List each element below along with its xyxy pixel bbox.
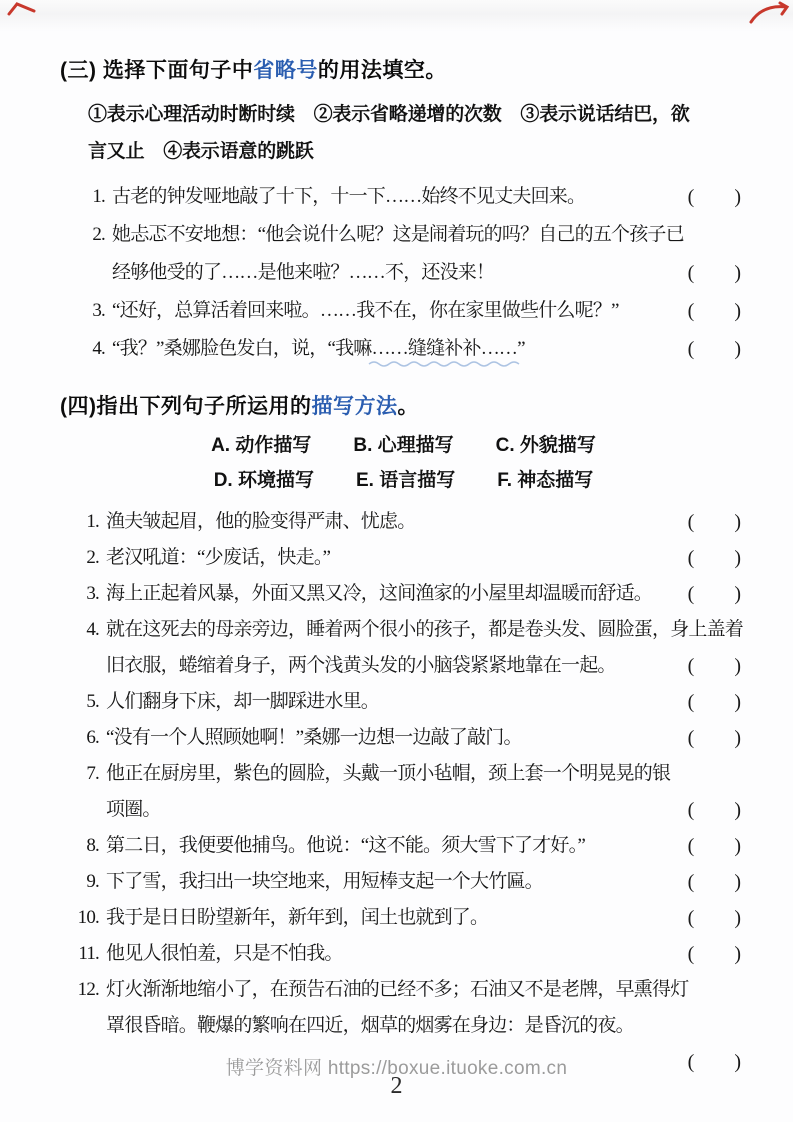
- item-number: 6.: [60, 720, 106, 756]
- item-number: 4.: [60, 330, 112, 368]
- answer-bracket: ( ): [688, 292, 741, 330]
- answer-bracket: ( ): [688, 576, 741, 612]
- red-corner-mark-right: [747, 0, 791, 28]
- option-b: B. 心理描写: [353, 428, 453, 463]
- question-item: 3. “还好，总算活着回来啦。……我不在，你在家里做些什么呢？” ( ): [60, 292, 747, 330]
- answer-bracket: ( ): [688, 864, 741, 900]
- answer-bracket: ( ): [688, 504, 741, 540]
- option-d: D. 环境描写: [214, 463, 314, 498]
- question-item: 2. 老汉吼道：“少废话，快走。” ( ): [60, 540, 747, 576]
- item-number: 3.: [60, 292, 112, 330]
- answer-bracket: ( ): [688, 936, 741, 972]
- section-4-title-prefix: (四)指出下列句子所运用的: [60, 395, 312, 418]
- item-text: 灯火渐渐地缩小了，在预告石油的已经不多；石油又不是老牌，早熏得灯 罩很昏暗。鞭爆…: [106, 972, 747, 1044]
- question-item: 12. 灯火渐渐地缩小了，在预告石油的已经不多；石油又不是老牌，早熏得灯 罩很昏…: [60, 972, 747, 1044]
- item-number: 10.: [60, 900, 106, 936]
- page-footer: 博学资料网 https://boxue.ituoke.com.cn 2: [0, 1053, 793, 1100]
- option-e: E. 语言描写: [356, 463, 455, 498]
- item-text: 他见人很怕羞，只是不怕我。: [106, 936, 747, 972]
- item-number: 11.: [60, 936, 106, 972]
- section-3-title-prefix: (三) 选择下面句子中: [60, 59, 253, 82]
- section-3-items: 1. 古老的钟发哑地敲了十下，十一下……始终不见丈夫回来。 ( ) 2. 她忐忑…: [60, 178, 747, 368]
- answer-bracket: ( ): [688, 648, 741, 684]
- item-text: 她忐忑不安地想：“他会说什么呢？这是闹着玩的吗？自己的五个孩子已 经够他受的了……: [112, 216, 747, 292]
- section-4-title-suffix: 。: [398, 395, 420, 418]
- item-text: 渔夫皱起眉，他的脸变得严肃、忧虑。: [106, 504, 747, 540]
- section-4-items: 1. 渔夫皱起眉，他的脸变得严肃、忧虑。 ( ) 2. 老汉吼道：“少废话，快走…: [60, 504, 747, 1080]
- item-number: 2.: [60, 216, 112, 292]
- answer-bracket: ( ): [688, 828, 741, 864]
- item-text: 我于是日日盼望新年，新年到，闰土也就到了。: [106, 900, 747, 936]
- item-number: 7.: [60, 756, 106, 828]
- answer-bracket: ( ): [688, 900, 741, 936]
- question-item: 1. 古老的钟发哑地敲了十下，十一下……始终不见丈夫回来。 ( ): [60, 178, 747, 216]
- option-c: C. 外貌描写: [496, 428, 596, 463]
- question-item: 6. “没有一个人照顾她啊！”桑娜一边想一边敲了敲门。 ( ): [60, 720, 747, 756]
- option-row: D. 环境描写 E. 语言描写 F. 神态描写: [214, 463, 594, 498]
- item-text: 他正在厨房里，紫色的圆脸，头戴一顶小毡帽，颈上套一个明晃晃的银 项圈。: [106, 756, 747, 828]
- item-number: 1.: [60, 178, 112, 216]
- section-4-title: (四)指出下列句子所运用的描写方法。: [60, 388, 747, 426]
- answer-bracket: ( ): [688, 684, 741, 720]
- item-text: “还好，总算活着回来啦。……我不在，你在家里做些什么呢？”: [112, 292, 747, 330]
- question-item: 3. 海上正起着风暴，外面又黑又冷，这间渔家的小屋里却温暖而舒适。 ( ): [60, 576, 747, 612]
- item-number: 5.: [60, 684, 106, 720]
- page-number: 2: [0, 1073, 793, 1100]
- question-item: 7. 他正在厨房里，紫色的圆脸，头戴一顶小毡帽，颈上套一个明晃晃的银 项圈。 (…: [60, 756, 747, 828]
- question-item: 4. 就在这死去的母亲旁边，睡着两个很小的孩子，都是卷头发、圆脸蛋，身上盖着 旧…: [60, 612, 747, 684]
- section-3-title-suffix: 的用法填空。: [318, 59, 447, 82]
- item-text: 第二日，我便要他捕鸟。他说：“这不能。须大雪下了才好。”: [106, 828, 747, 864]
- item-number: 4.: [60, 612, 106, 684]
- section-4-option-list: A. 动作描写 B. 心理描写 C. 外貌描写 D. 环境描写 E. 语言描写 …: [60, 428, 747, 498]
- blue-wavy-underline-decoration: [368, 359, 526, 367]
- option-a: A. 动作描写: [211, 428, 311, 463]
- worksheet-content: (三) 选择下面句子中省略号的用法填空。 ①表示心理活动时断时续 ②表示省略递增…: [60, 52, 747, 1080]
- item-number: 9.: [60, 864, 106, 900]
- item-number: 1.: [60, 504, 106, 540]
- item-number: 12.: [60, 972, 106, 1044]
- answer-bracket: ( ): [688, 792, 741, 828]
- section-4-title-highlight: 描写方法: [312, 395, 398, 418]
- section-3-option-list: ①表示心理活动时断时续 ②表示省略递增的次数 ③表示说话结巴，欲 言又止 ④表示…: [88, 96, 747, 170]
- item-text: 古老的钟发哑地敲了十下，十一下……始终不见丈夫回来。: [112, 178, 747, 216]
- item-number: 8.: [60, 828, 106, 864]
- answer-bracket: ( ): [688, 720, 741, 756]
- question-item: 9. 下了雪，我扫出一块空地来，用短棒支起一个大竹匾。 ( ): [60, 864, 747, 900]
- item-text: 人们翻身下床，却一脚踩进水里。: [106, 684, 747, 720]
- answer-bracket: ( ): [688, 254, 741, 292]
- option-row: A. 动作描写 B. 心理描写 C. 外貌描写: [211, 428, 596, 463]
- answer-bracket: ( ): [688, 330, 741, 368]
- section-3-title-highlight: 省略号: [253, 59, 318, 82]
- answer-bracket: ( ): [688, 540, 741, 576]
- option-f: F. 神态描写: [497, 463, 593, 498]
- section-description-methods: (四)指出下列句子所运用的描写方法。 A. 动作描写 B. 心理描写 C. 外貌…: [60, 388, 747, 1080]
- question-item: 1. 渔夫皱起眉，他的脸变得严肃、忧虑。 ( ): [60, 504, 747, 540]
- item-number: 2.: [60, 540, 106, 576]
- item-text: 海上正起着风暴，外面又黑又冷，这间渔家的小屋里却温暖而舒适。: [106, 576, 747, 612]
- question-item: 8. 第二日，我便要他捕鸟。他说：“这不能。须大雪下了才好。” ( ): [60, 828, 747, 864]
- item-text: “没有一个人照顾她啊！”桑娜一边想一边敲了敲门。: [106, 720, 747, 756]
- item-text: 老汉吼道：“少废话，快走。”: [106, 540, 747, 576]
- question-item: 2. 她忐忑不安地想：“他会说什么呢？这是闹着玩的吗？自己的五个孩子已 经够他受…: [60, 216, 747, 292]
- question-item: 5. 人们翻身下床，却一脚踩进水里。 ( ): [60, 684, 747, 720]
- section-ellipsis-usage: (三) 选择下面句子中省略号的用法填空。 ①表示心理活动时断时续 ②表示省略递增…: [60, 52, 747, 368]
- item-number: 3.: [60, 576, 106, 612]
- question-item: 4. “我？”桑娜脸色发白，说，“我嘛……缝缝补补……” ( ): [60, 330, 747, 368]
- question-item: 10. 我于是日日盼望新年，新年到，闰土也就到了。 ( ): [60, 900, 747, 936]
- answer-bracket: ( ): [688, 178, 741, 216]
- item-text: 就在这死去的母亲旁边，睡着两个很小的孩子，都是卷头发、圆脸蛋，身上盖着 旧衣服，…: [106, 612, 747, 684]
- question-item: 11. 他见人很怕羞，只是不怕我。 ( ): [60, 936, 747, 972]
- red-corner-mark-left: [6, 0, 40, 20]
- worksheet-page: (三) 选择下面句子中省略号的用法填空。 ①表示心理活动时断时续 ②表示省略递增…: [0, 0, 793, 1122]
- item-text: 下了雪，我扫出一块空地来，用短棒支起一个大竹匾。: [106, 864, 747, 900]
- section-3-title: (三) 选择下面句子中省略号的用法填空。: [60, 52, 747, 90]
